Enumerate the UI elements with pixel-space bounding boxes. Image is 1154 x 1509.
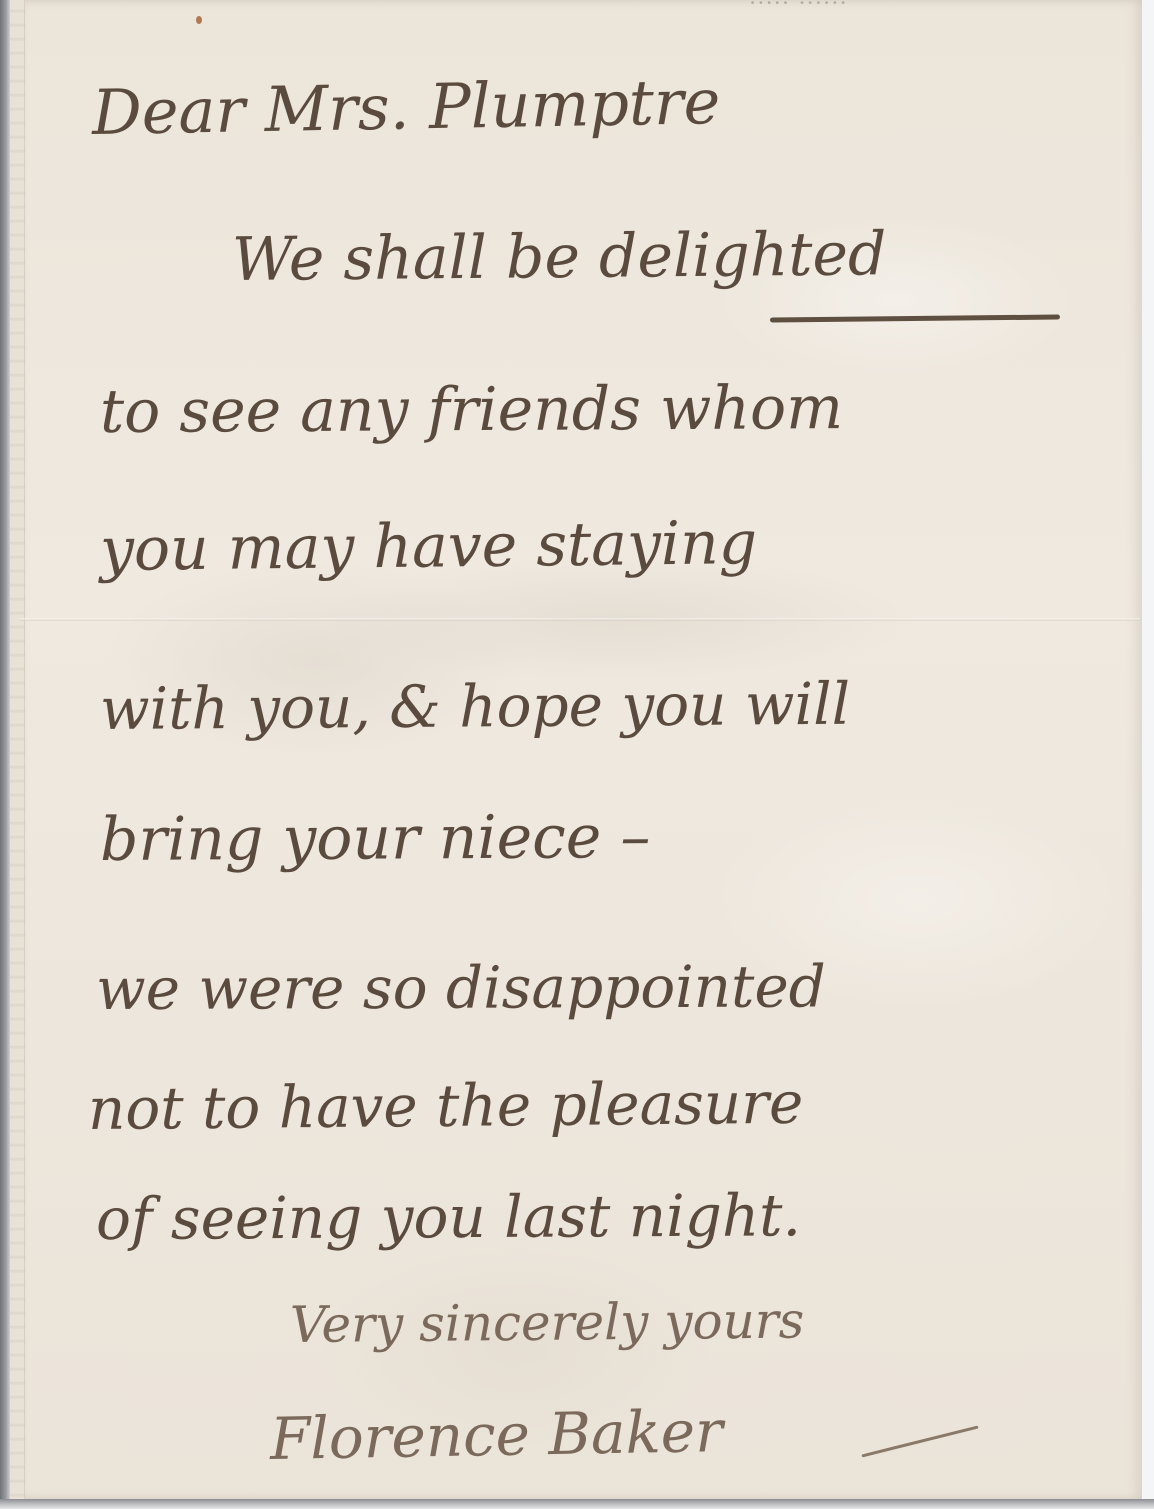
salutation: Dear Mrs. Plumptre (91, 71, 720, 144)
body-line-5: bring your niece – (100, 807, 651, 870)
body-line-2: to see any friends whom (100, 378, 843, 442)
paper-fold-crease (20, 618, 1140, 621)
scanner-background-bottom (0, 1499, 1154, 1509)
signature: Florence Baker (269, 1402, 723, 1468)
torn-paper-edge (10, 0, 25, 1500)
body-line-8: of seeing you last night. (96, 1186, 801, 1248)
closing: Very sincerely yours (290, 1296, 805, 1350)
body-line-4: with you, & hope you will (100, 675, 851, 738)
body-line-1: We shall be delighted (232, 224, 887, 290)
body-line-3: you may have staying (100, 513, 758, 580)
body-line-6: we were so disappointed (96, 957, 826, 1018)
letterhead-fragment: ····· ······ (750, 0, 849, 12)
scanner-background-right (1140, 0, 1154, 1509)
ink-spot (196, 16, 202, 24)
body-line-7: not to have the pleasure (88, 1074, 804, 1138)
